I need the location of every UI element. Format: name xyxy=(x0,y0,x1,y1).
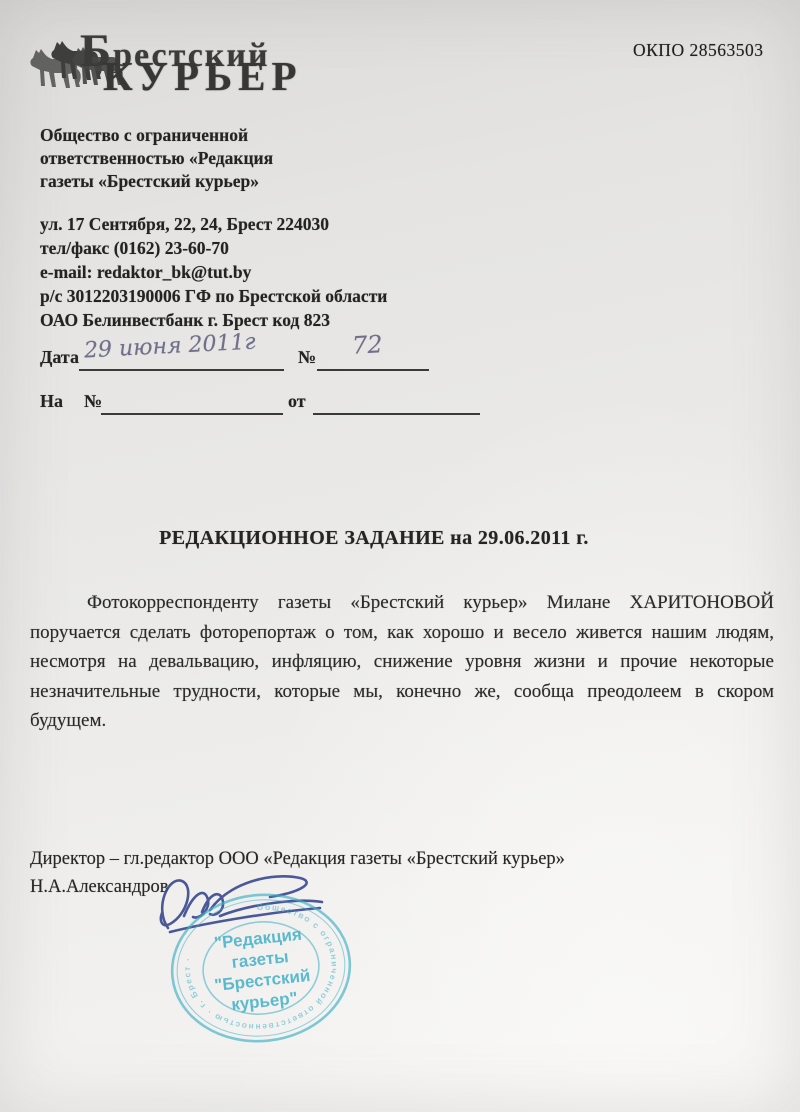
from-underline xyxy=(313,391,480,415)
stamp-line-1: "Редакция xyxy=(213,925,303,953)
email-line: e-mail: redaktor_bk@tut.by xyxy=(40,260,387,284)
company-name-block: Общество с ограниченной ответственностью… xyxy=(40,124,273,193)
stamp-line-4: курьер" xyxy=(230,988,298,1014)
contact-details-block: ул. 17 Сентября, 22, 24, Брест 224030 те… xyxy=(40,212,387,332)
handwritten-number: 72 xyxy=(351,330,383,360)
okpo-code: ОКПО 28563503 xyxy=(633,40,763,61)
assignment-body-text: Фотокорреспонденту газеты «Брестский кур… xyxy=(30,588,774,736)
on-number-underline xyxy=(101,391,283,415)
company-line: газеты «Брестский курьер» xyxy=(40,170,273,193)
number-label: № xyxy=(298,347,316,368)
document-title: РЕДАКЦИОННОЕ ЗАДАНИЕ на 29.06.2011 г. xyxy=(0,527,748,550)
logo-text-courier: КУРЬЕР xyxy=(103,52,303,100)
phone-line: тел/факс (0162) 23-60-70 xyxy=(40,236,387,260)
company-line: ответственностью «Редакция xyxy=(40,147,273,170)
scanned-letter-document: Брестский КУРЬЕР ОКПО 28563503 Общество … xyxy=(0,0,800,1112)
on-label: На xyxy=(40,391,63,412)
company-round-stamp: Общество с ограниченной ответственностью… xyxy=(167,891,355,1046)
from-label: от xyxy=(288,391,306,412)
date-label: Дата xyxy=(40,347,79,368)
address-line: ул. 17 Сентября, 22, 24, Брест 224030 xyxy=(40,212,387,236)
bank-name-line: ОАО Белинвестбанк г. Брест код 823 xyxy=(40,308,387,332)
company-line: Общество с ограниченной xyxy=(40,124,273,147)
bank-account-line: р/с 3012203190006 ГФ по Брестской област… xyxy=(40,284,387,308)
on-number-label: № xyxy=(84,391,102,412)
